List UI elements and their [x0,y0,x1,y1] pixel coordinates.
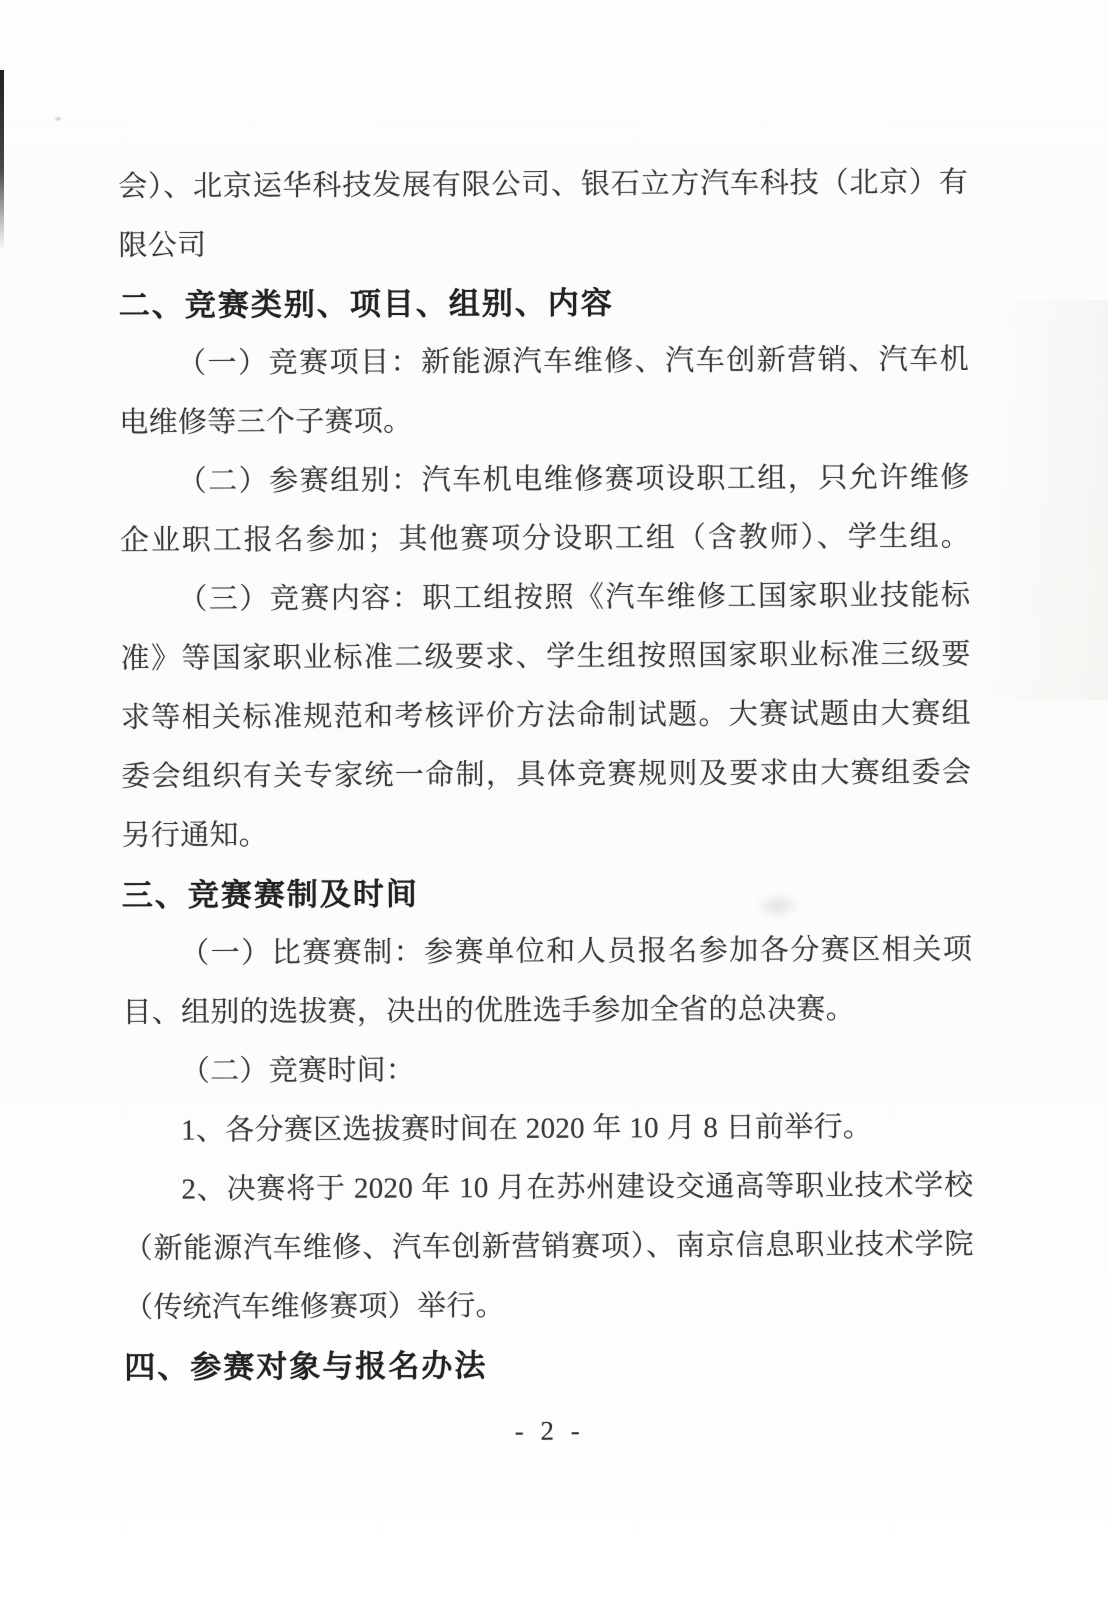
scanned-document-page: 会）、北京运华科技发展有限公司、银石立方汽车科技（北京）有 限公司 二、竞赛类别… [0,0,1108,1600]
text-line: （二）参赛组别：汽车机电维修赛项设职工组，只允许维修 [120,449,970,512]
document-body: 会）、北京运华科技发展有限公司、银石立方汽车科技（北京）有 限公司 二、竞赛类别… [118,154,975,1453]
text-line: （一）竞赛项目：新能源汽车维修、汽车创新营销、汽车机 [119,331,969,394]
text-line: 准》等国家职业标准二级要求、学生组按照国家职业标准三级要 [120,626,970,689]
scan-artifact-dot [54,116,62,122]
text-line: （一）比赛赛制：参赛单位和人员报名参加各分赛区相关项 [122,921,972,984]
text-line: 会）、北京运华科技发展有限公司、银石立方汽车科技（北京）有 [118,154,968,217]
text-line: （新能源汽车维修、汽车创新营销赛项）、南京信息职业技术学院 [124,1216,974,1279]
text-line: 1、各分赛区选拔赛时间在 2020 年 10 月 8 日前举行。 [123,1098,973,1161]
text-line: 企业职工报名参加；其他赛项分设职工组（含教师）、学生组。 [120,508,970,571]
text-line: （二）竞赛时间： [123,1039,973,1102]
text-line: （三）竞赛内容：职工组按照《汽车维修工国家职业技能标 [120,567,970,630]
text-line: 2、决赛将于 2020 年 10 月在苏州建设交通高等职业技术学校 [123,1157,973,1220]
section-heading-3: 三、竞赛赛制及时间 [122,862,972,925]
text-line: 求等相关标准规范和考核评价方法命制试题。大赛试题由大赛组 [121,685,971,748]
scan-artifact-left-edge [0,70,4,250]
page-number: - 2 - [125,1409,975,1453]
section-heading-2: 二、竞赛类别、项目、组别、内容 [119,272,969,335]
text-line: 限公司 [118,213,968,276]
text-line: 另行通知。 [121,803,971,866]
text-line: （传统汽车维修赛项）举行。 [124,1275,974,1338]
text-line: 电维修等三个子赛项。 [119,390,969,453]
text-line: 委会组织有关专家统一命制，具体竞赛规则及要求由大赛组委会 [121,744,971,807]
text-line: 目、组别的选拔赛，决出的优胜选手参加全省的总决赛。 [122,980,972,1043]
section-heading-4: 四、参赛对象与报名办法 [124,1334,974,1397]
